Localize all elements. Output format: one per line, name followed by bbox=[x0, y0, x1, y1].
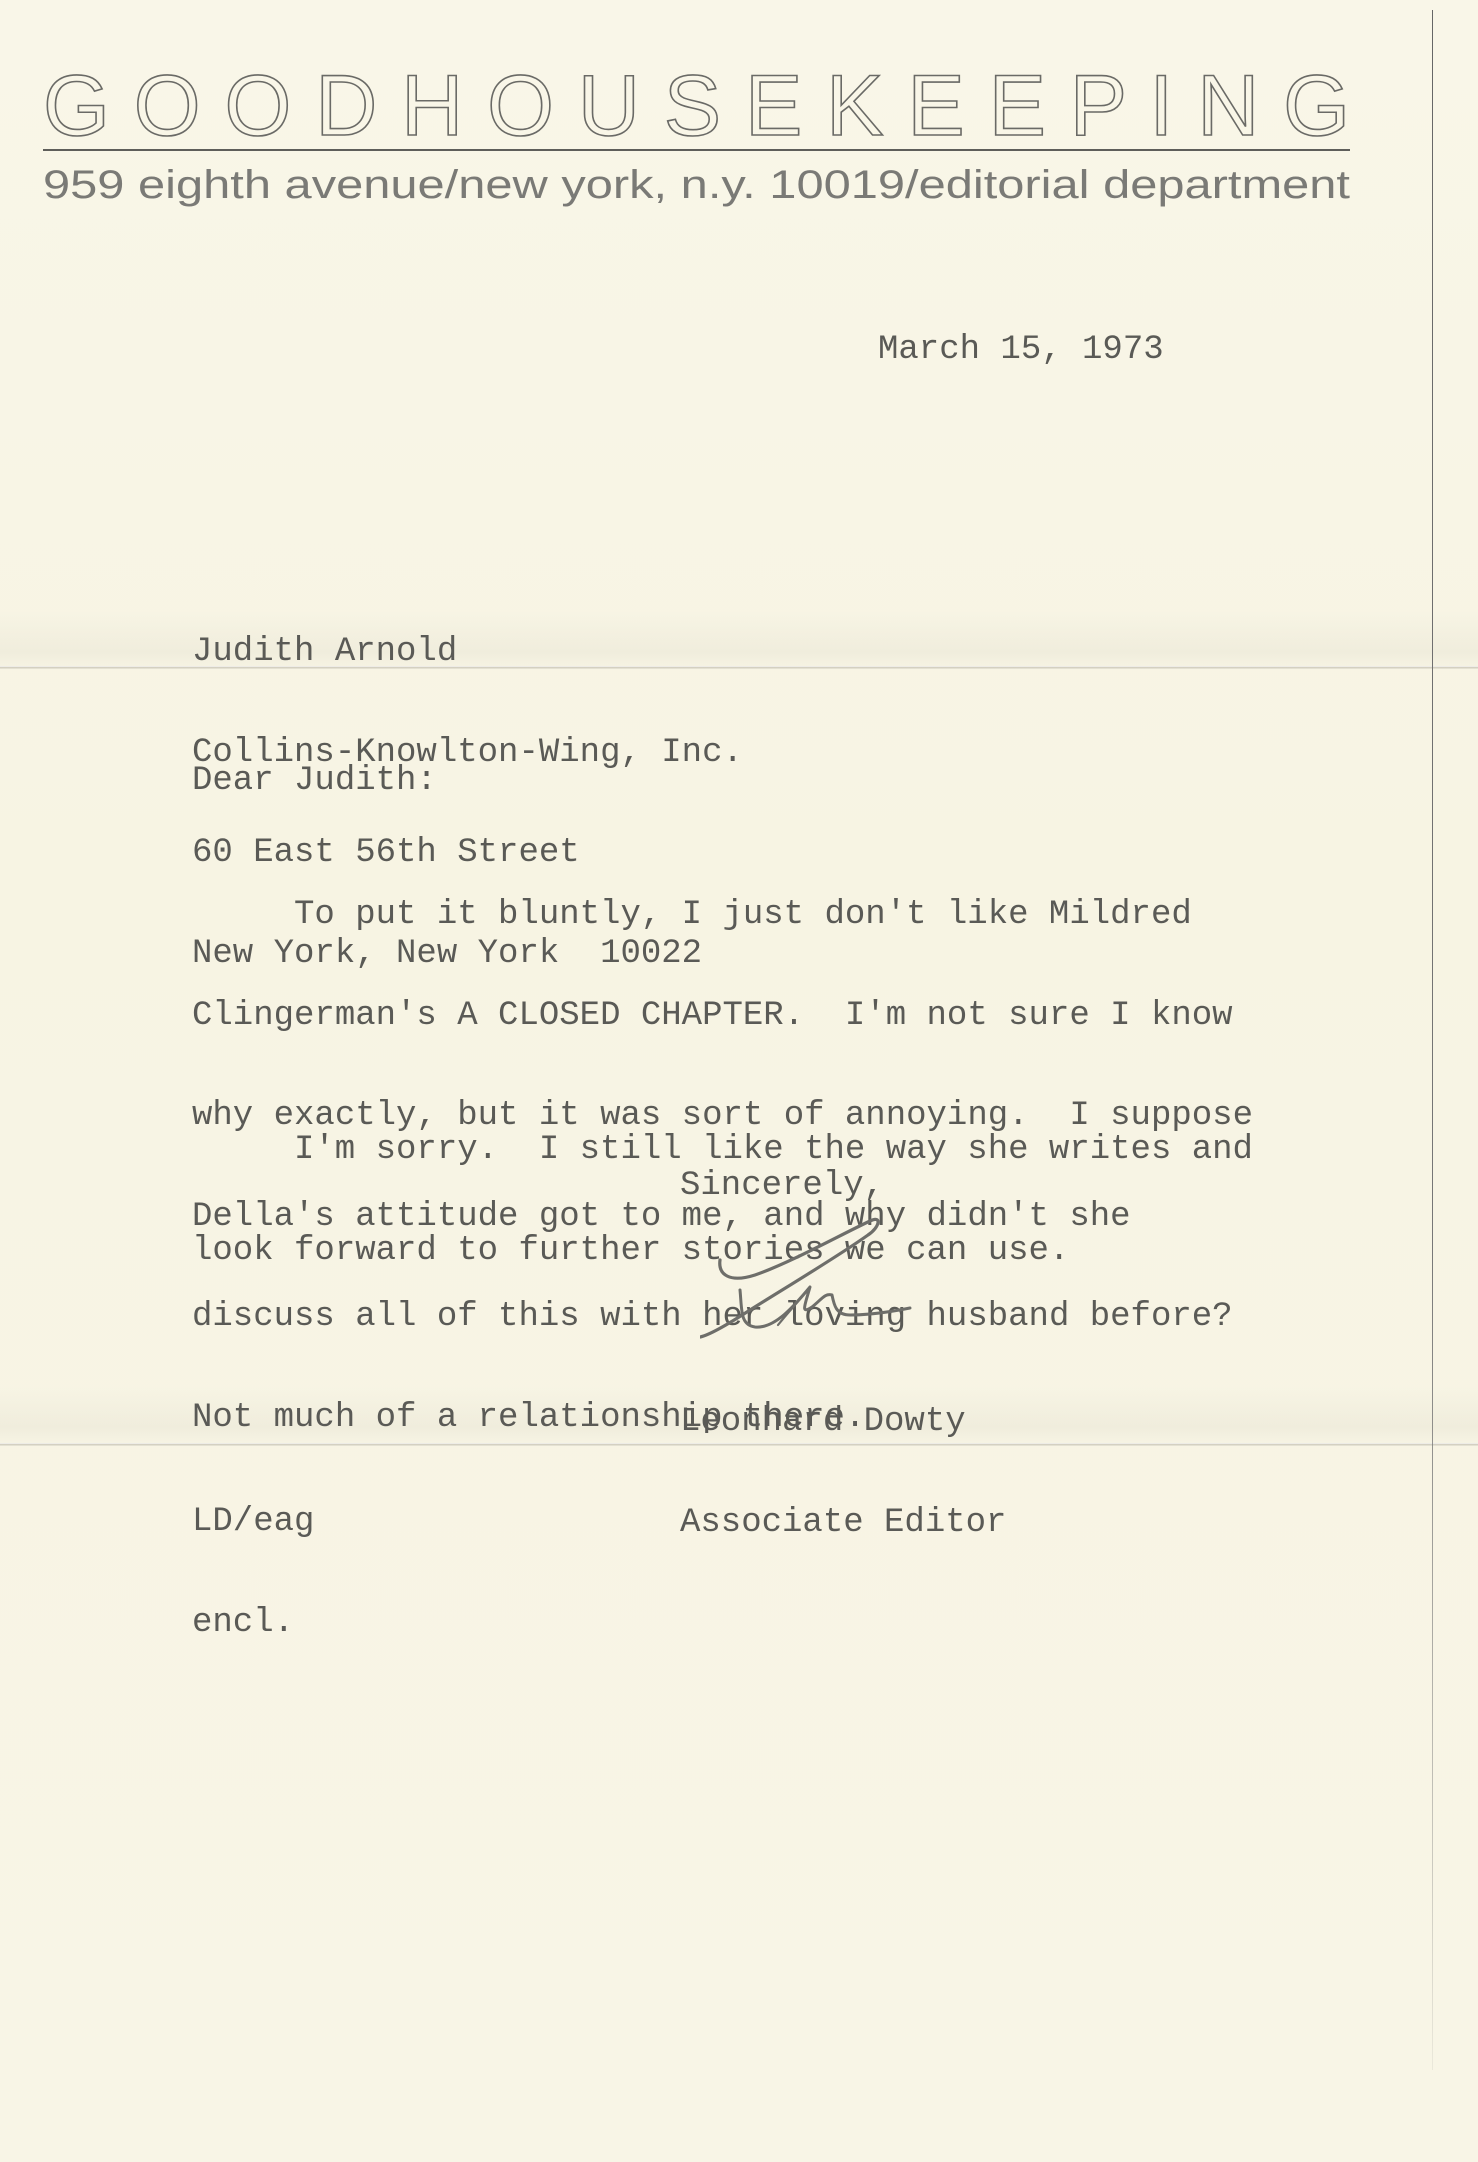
reference-block: LD/eag encl. bbox=[192, 1439, 314, 1674]
body-line: To put it bluntly, I just don't like Mil… bbox=[192, 899, 1253, 933]
body-line: Clingerman's A CLOSED CHAPTER. I'm not s… bbox=[192, 1000, 1253, 1034]
letterhead-title: G O O D H O U S E K E E P I N G bbox=[43, 58, 1350, 154]
letter-date: March 15, 1973 bbox=[878, 334, 1164, 368]
signer-title: Associate Editor bbox=[680, 1507, 1006, 1541]
signer-block: Leonhard Dowty Associate Editor bbox=[680, 1339, 1006, 1574]
signature-icon bbox=[700, 1215, 930, 1350]
closing: Sincerely, bbox=[680, 1170, 884, 1204]
signer-name: Leonhard Dowty bbox=[680, 1406, 1006, 1440]
body-line: I'm sorry. I still like the way she writ… bbox=[192, 1134, 1253, 1168]
letterhead-address: 959 eighth avenue/new york, n.y. 10019/e… bbox=[43, 163, 1350, 207]
recipient-name: Judith Arnold bbox=[192, 636, 743, 670]
letterhead: G O O D H O U S E K E E P I N G 959 eigh… bbox=[0, 0, 1478, 220]
enclosure-note: encl. bbox=[192, 1607, 314, 1641]
reference-initials: LD/eag bbox=[192, 1506, 314, 1540]
salutation: Dear Judith: bbox=[192, 765, 437, 799]
margin-rule bbox=[1432, 10, 1433, 2070]
